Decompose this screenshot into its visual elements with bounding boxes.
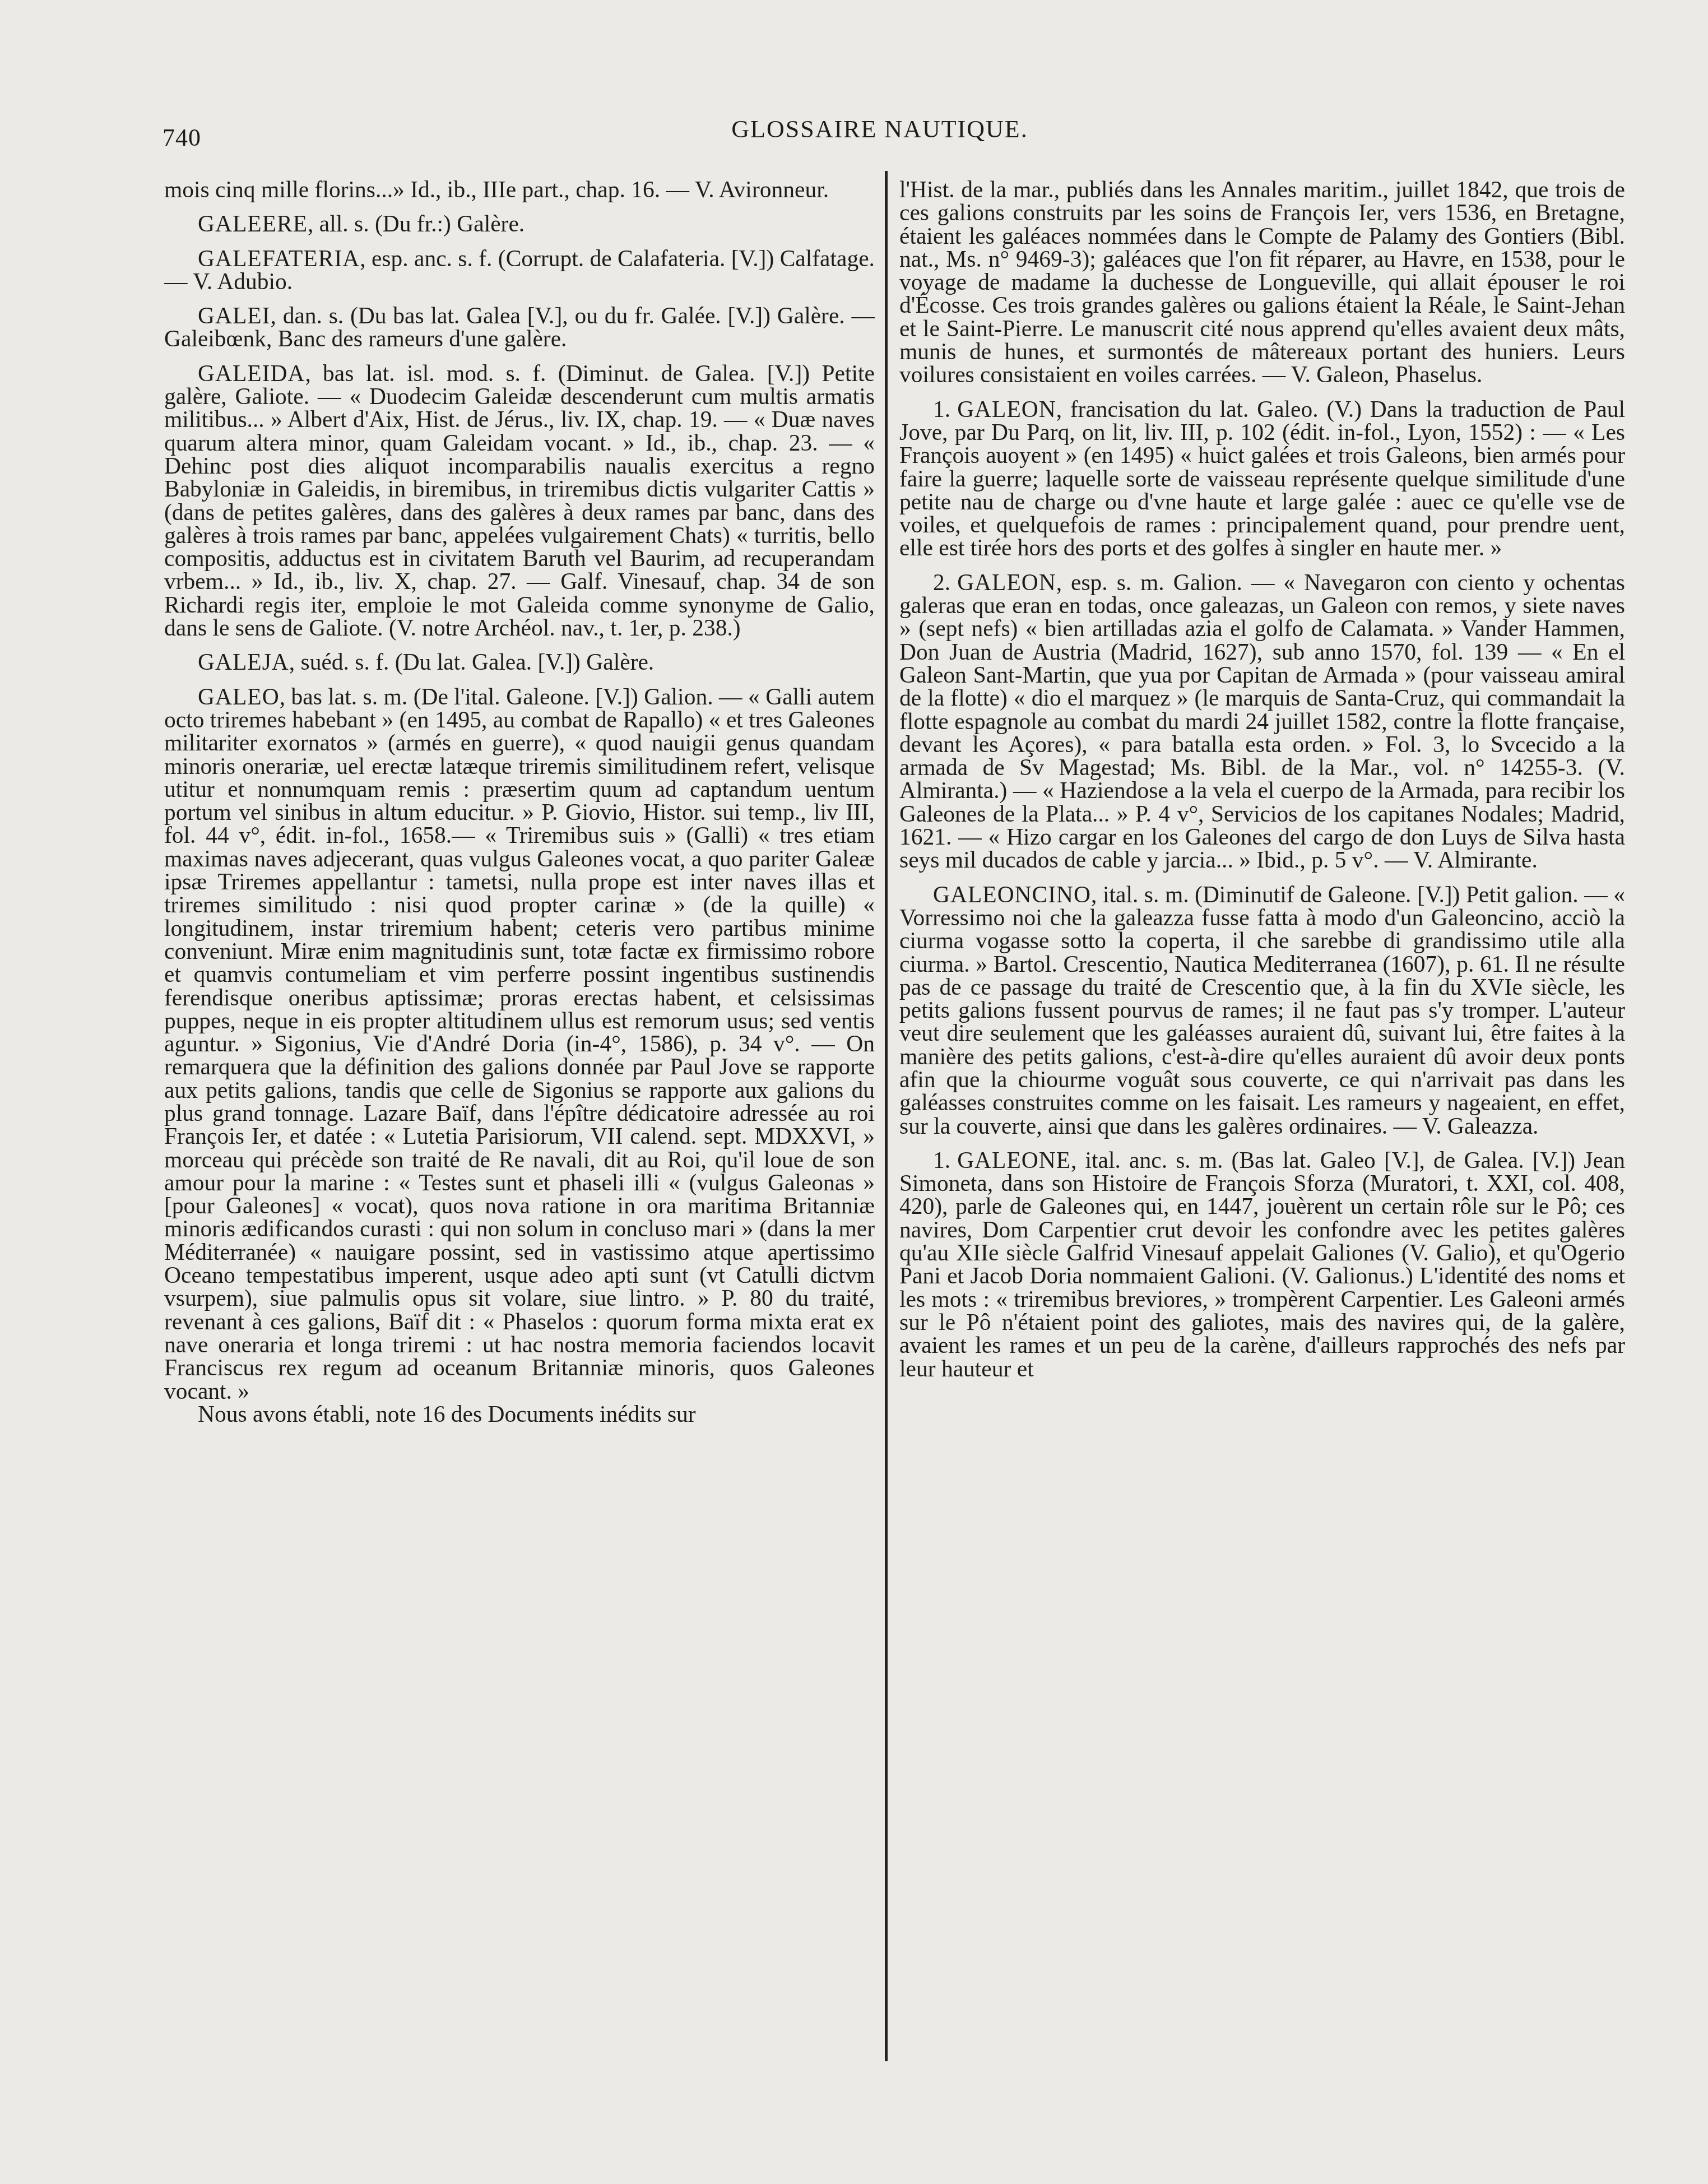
paragraph-text: l'Hist. de la mar., publiés dans les Ann…: [899, 177, 1625, 387]
glossary-entry-galefateria: GALEFATERIA, esp. anc. s. f. (Corrupt. d…: [164, 247, 875, 294]
left-column: mois cinq mille florins...» Id., ib., II…: [164, 178, 875, 1437]
headword: GALEIDA: [198, 360, 305, 386]
entry-number: 1.: [933, 1147, 950, 1173]
headword: GALEON: [957, 396, 1056, 422]
glossary-entry-galei: GALEI, dan. s. (Du bas lat. Galea [V.], …: [164, 304, 875, 351]
glossary-entry-galeon-2: 2.GALEON, esp. s. m. Galion. — « Navegar…: [899, 571, 1625, 872]
paragraph-text: mois cinq mille florins...» Id., ib., II…: [164, 177, 829, 202]
glossary-entry-galeon-1: 1.GALEON, francisation du lat. Galeo. (V…: [899, 398, 1625, 560]
glossary-entry-galeere: GALEERE, all. s. (Du fr.:) Galère.: [164, 212, 875, 235]
entry-text: , ital. s. m. (Diminutif de Galeone. [V.…: [899, 882, 1625, 1139]
entry-text: , bas lat. isl. mod. s. f. (Diminut. de …: [164, 360, 875, 641]
glossary-entry-galeone-1: 1.GALEONE, ital. anc. s. m. (Bas lat. Ga…: [899, 1149, 1625, 1380]
headword: GALEI: [198, 303, 270, 328]
continuation-paragraph: l'Hist. de la mar., publiés dans les Ann…: [899, 178, 1625, 387]
entry-text: , bas lat. s. m. (De l'ital. Galeone. [V…: [164, 684, 875, 1404]
entry-text: , all. s. (Du fr.:) Galère.: [308, 211, 525, 237]
continuation-paragraph: mois cinq mille florins...» Id., ib., II…: [164, 178, 875, 201]
entry-text: , dan. s. (Du bas lat. Galea [V.], ou du…: [164, 303, 875, 351]
headword: GALEONE: [957, 1147, 1071, 1173]
headword: GALEERE: [198, 211, 308, 237]
paragraph-text: Nous avons établi, note 16 des Documents…: [198, 1401, 696, 1427]
entry-number: 2.: [933, 569, 950, 595]
headword: GALEFATERIA: [198, 245, 360, 271]
headword: GALEON: [957, 569, 1056, 595]
column-divider: [885, 171, 888, 2061]
entry-text: , ital. anc. s. m. (Bas lat. Galeo [V.],…: [899, 1147, 1625, 1381]
glossary-entry-galeoncino: GALEONCINO, ital. s. m. (Diminutif de Ga…: [899, 883, 1625, 1138]
right-column: l'Hist. de la mar., publiés dans les Ann…: [899, 178, 1625, 1392]
entry-number: 1.: [933, 396, 950, 422]
glossary-entry-galeja: GALEJA, suéd. s. f. (Du lat. Galea. [V.]…: [164, 651, 875, 674]
headword: GALEONCINO: [933, 882, 1091, 907]
entry-text: , francisation du lat. Galeo. (V.) Dans …: [899, 396, 1625, 561]
entry-text: , esp. s. m. Galion. — « Navegaron con c…: [899, 569, 1625, 873]
glossary-entry-galeo: GALEO, bas lat. s. m. (De l'ital. Galeon…: [164, 685, 875, 1403]
page-number: 740: [163, 123, 201, 152]
headword: GALEO: [198, 684, 280, 710]
glossary-entry-galeida: GALEIDA, bas lat. isl. mod. s. f. (Dimin…: [164, 362, 875, 640]
entry-text: , suéd. s. f. (Du lat. Galea. [V.]) Galè…: [289, 649, 654, 675]
running-head: GLOSSAIRE NAUTIQUE.: [712, 115, 1048, 143]
paragraph-nous-avons: Nous avons établi, note 16 des Documents…: [164, 1403, 875, 1426]
headword: GALEJA: [198, 649, 289, 675]
